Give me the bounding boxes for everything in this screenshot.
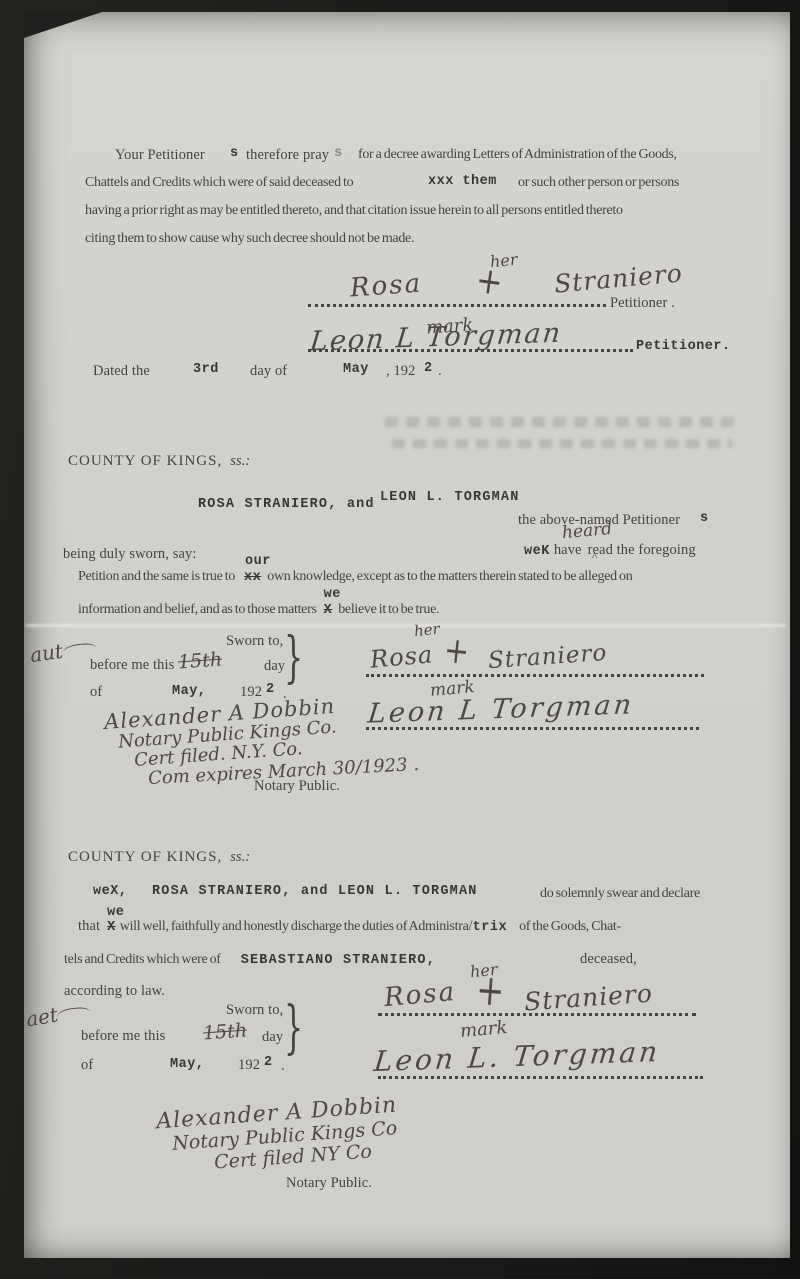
margin-annotation: aut <box>28 639 64 667</box>
month-typed: May, <box>170 1057 204 1072</box>
notary-public-label: Notary Public. <box>286 1175 372 1192</box>
year-typed: 2 <box>266 682 275 697</box>
read-the-foregoing: read the foregoing <box>588 542 696 558</box>
county-heading: COUNTY OF KINGS, <box>68 453 222 469</box>
prayer-line1-mid: therefore pray <box>246 147 329 164</box>
dated-middle: day of <box>250 363 287 380</box>
dated-prefix: Dated the <box>93 363 150 380</box>
prayer-line4: citing them to show cause why such decre… <box>85 231 414 247</box>
jurat-brace: } <box>284 995 303 1062</box>
day-word: day <box>262 1029 283 1046</box>
affidavit1-names-part1: ROSA STRANIERO, and <box>198 497 375 512</box>
i-overstruck: X <box>324 603 333 618</box>
credits-which-were-of: tels and Credits which were of <box>64 952 221 967</box>
rosa-signature-first: Rosa <box>349 269 423 304</box>
signature-dotted-line <box>308 349 633 352</box>
period: . <box>281 1058 285 1075</box>
dated-day-typed: 3rd <box>193 362 219 377</box>
own-knowledge-text: own knowledge, except as to the matters … <box>267 569 632 584</box>
insertion-caret: ^ <box>592 551 597 563</box>
rosa-signature-first: Rosa <box>369 640 434 673</box>
jurat-brace: } <box>284 626 303 691</box>
her-word-handwritten: her <box>413 620 440 641</box>
believe-true-text: believe it to be true. <box>338 602 439 617</box>
affidavit2-names: ROSA STRANIERO, and LEON L. TORGMAN <box>152 884 478 899</box>
being-duly-sworn: being duly sworn, say: <box>63 546 197 563</box>
of-word: of <box>81 1057 93 1074</box>
signature-dotted-line <box>366 727 699 730</box>
month-typed: May, <box>172 684 206 699</box>
cross-mark-icon: + <box>474 965 506 1017</box>
that-word: that <box>78 918 100 934</box>
mark-word-handwritten: mark <box>459 1017 508 1042</box>
decedent-name-typed: SEBASTIANO STRANIERO, <box>241 953 436 968</box>
day-number-handwritten: 15th <box>177 648 222 673</box>
prayer-line2-rest: or such other person or persons <box>518 175 679 191</box>
swear-and-declare: do solemnly swear and declare <box>540 886 700 902</box>
information-belief-text: information and belief, and as to those … <box>78 602 317 617</box>
prayer-line1-pre: Your Petitioner <box>115 147 205 164</box>
according-to-law: according to law. <box>64 983 165 1000</box>
have-word: have <box>554 542 582 558</box>
bleedthrough-text-band <box>385 417 737 427</box>
overstruck-i: K <box>541 544 550 559</box>
scanned-document: Your Petitioner s therefore pray s for a… <box>0 0 800 1279</box>
dated-period: . <box>438 363 442 380</box>
petitioner-label-printed: Petitioner . <box>610 295 675 312</box>
bleedthrough-text-band <box>392 439 732 448</box>
county-heading: COUNTY OF KINGS, <box>68 849 222 865</box>
discharge-duties-text: will well, faithfully and honestly disch… <box>120 919 469 934</box>
my-overstruck: xx <box>244 570 261 585</box>
of-word: of <box>90 684 102 701</box>
signature-dotted-line <box>308 304 606 307</box>
deceased-word: deceased, <box>580 951 637 967</box>
trix-typed: trix <box>473 920 507 935</box>
notary-public-label: Notary Public. <box>254 778 340 795</box>
petitioner-label-typed: Petitioner. <box>636 339 731 354</box>
county-ss: ss.: <box>230 453 250 469</box>
signature-dotted-line <box>366 674 704 677</box>
above-named-s-typed: s <box>700 511 709 526</box>
signature-dotted-line <box>378 1013 696 1016</box>
before-me-this: before me this <box>81 1028 165 1045</box>
prayer-line2-typed-insert: xxx them <box>428 174 497 189</box>
cross-mark-icon: + <box>442 629 471 673</box>
day-word: day <box>264 658 285 675</box>
we-overstruck-typed: weX, <box>93 884 127 899</box>
county-ss: ss.: <box>230 849 250 865</box>
day-number-handwritten: 15th <box>202 1019 247 1044</box>
our-typed-above: our <box>245 554 271 569</box>
year-printed: 192 <box>238 1057 260 1074</box>
prayer-line1-s-typed: s <box>230 146 239 161</box>
prayer-line3: having a prior right as may be entitled … <box>85 203 623 219</box>
prayer-line1-s-faint: s <box>334 146 343 161</box>
before-me-this: before me this <box>90 657 174 674</box>
we-typed-above: we <box>107 905 124 920</box>
i-overstruck: X <box>107 920 116 935</box>
year-typed: 2 <box>264 1055 273 1070</box>
we-typed: we <box>524 544 541 559</box>
prayer-line1-rest: for a decree awarding Letters of Adminis… <box>358 147 677 163</box>
dated-year-typed: 2 <box>424 361 433 376</box>
affidavit1-names-part2: LEON L. TORGMAN <box>380 490 520 505</box>
signature-dotted-line <box>378 1076 703 1079</box>
sworn-to-label: Sworn to, <box>226 1002 283 1019</box>
fold-crease <box>26 624 786 627</box>
petition-true-to: Petition and the same is true to <box>78 569 235 584</box>
rosa-signature-first: Rosa <box>383 977 457 1013</box>
prayer-line2-pre: Chattels and Credits which were of said … <box>85 175 353 191</box>
we-typed-above: we <box>324 587 341 602</box>
dated-month-typed: May <box>343 362 369 377</box>
sworn-to-label: Sworn to, <box>226 633 283 650</box>
dated-year-printed: , 192 <box>386 363 416 380</box>
goods-chattels-text: of the Goods, Chat- <box>519 919 621 934</box>
